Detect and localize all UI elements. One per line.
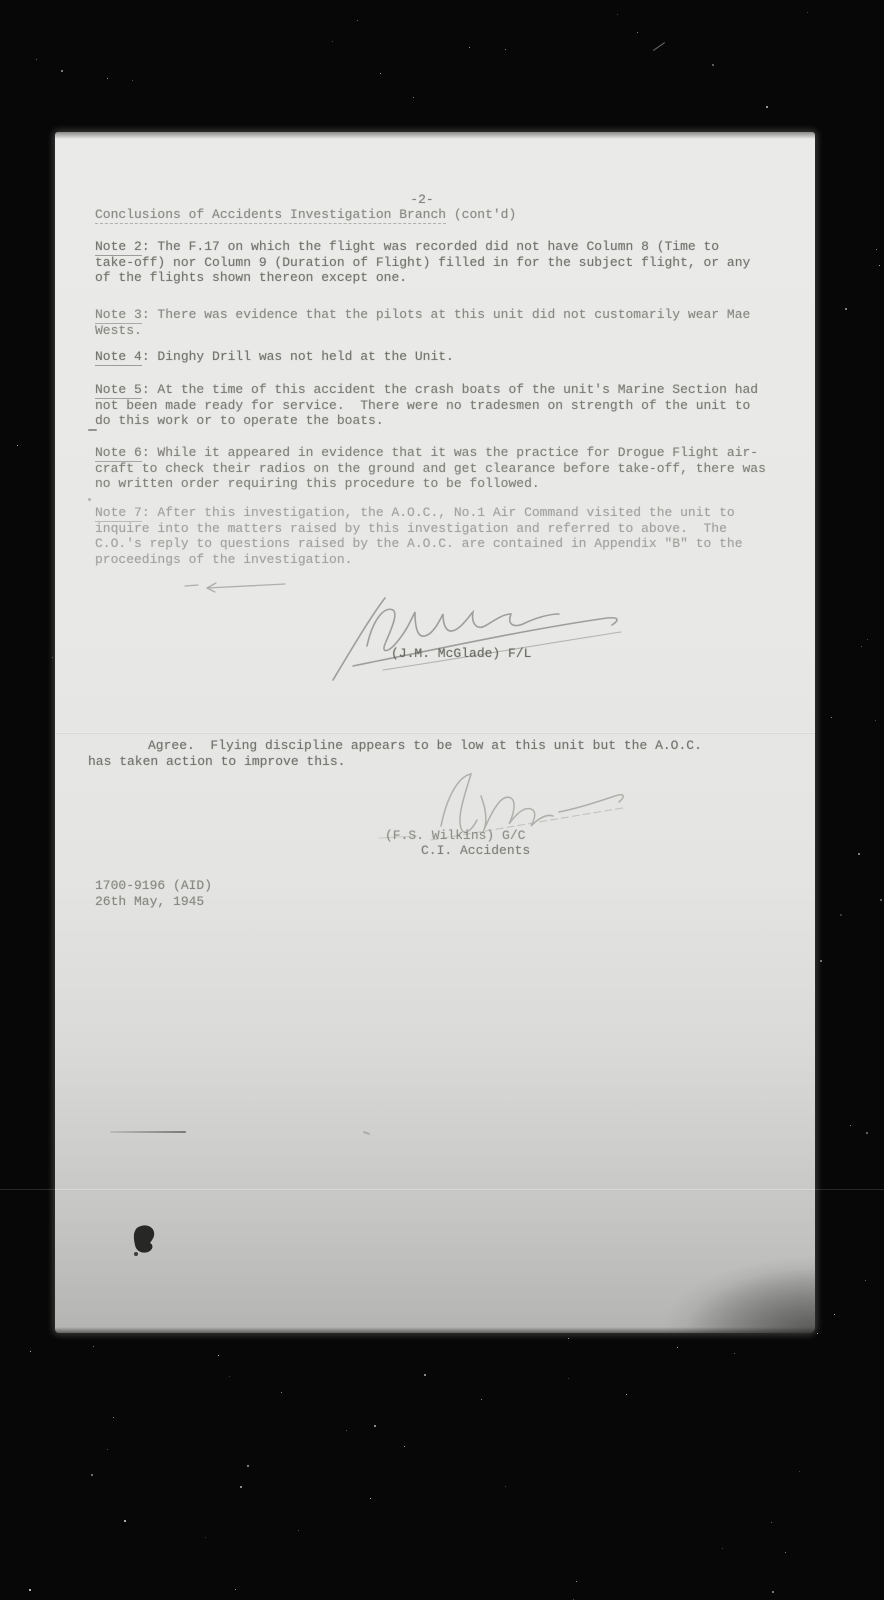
date-line: 26th May, 1945 bbox=[95, 894, 204, 910]
scanned-document-photo: { "document": { "page_number": "-2-", "h… bbox=[0, 0, 884, 1600]
paper-crease-line bbox=[55, 732, 815, 734]
section-heading: Conclusions of Accidents Investigation B… bbox=[95, 207, 516, 223]
margin-dot-mark bbox=[88, 498, 91, 501]
note-7: Note 7: After this investigation, the A.… bbox=[95, 505, 743, 567]
document-page: -2- Conclusions of Accidents Investigati… bbox=[55, 132, 815, 1333]
ink-blot bbox=[131, 1224, 159, 1258]
pencil-arrow-mark bbox=[183, 579, 297, 595]
note-3: Note 3: There was evidence that the pilo… bbox=[95, 307, 750, 338]
scan-scratch bbox=[653, 42, 665, 51]
pencil-tick-mark bbox=[363, 1131, 370, 1135]
page-number: -2- bbox=[382, 192, 462, 208]
endorsement-text: Agree. Flying discipline appears to be l… bbox=[88, 738, 702, 769]
section-heading-underlined: Conclusions of Accidents Investigation B… bbox=[95, 207, 446, 224]
note-2: Note 2: The F.17 on which the flight was… bbox=[95, 239, 750, 286]
pencil-stroke-mark bbox=[110, 1131, 186, 1133]
mcglade-signature-scribble bbox=[323, 588, 635, 686]
file-number: 1700-9196 (AID) bbox=[95, 878, 212, 894]
section-heading-suffix: (cont'd) bbox=[446, 207, 516, 222]
investigator-signature-line: (J.M. McGlade) F/L bbox=[391, 646, 531, 662]
approver-title: C.I. Accidents bbox=[421, 843, 530, 859]
paper-crease-line-lower bbox=[55, 1189, 815, 1191]
note-5: Note 5: At the time of this accident the… bbox=[95, 382, 758, 429]
scan-corner-shadow bbox=[605, 1238, 815, 1333]
margin-tick-mark bbox=[88, 429, 97, 431]
note-4: Note 4: Dinghy Drill was not held at the… bbox=[95, 349, 454, 365]
approver-signature-line: (F.S. Wilkins) G/C bbox=[385, 828, 525, 844]
note-6: Note 6: While it appeared in evidence th… bbox=[95, 445, 766, 492]
